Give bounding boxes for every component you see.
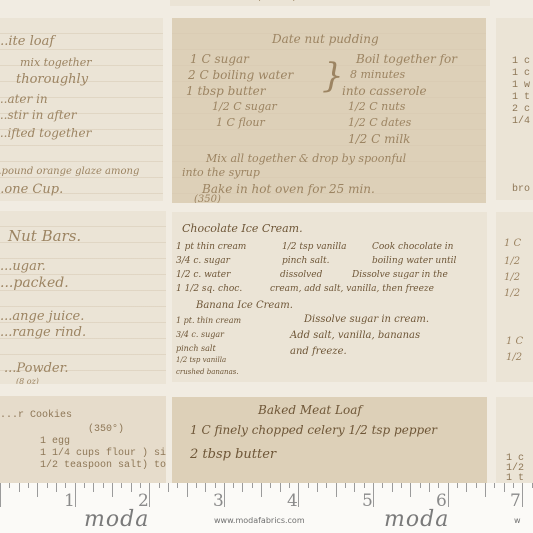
card-text: ...ater in (0, 92, 48, 106)
card-text: dissolved (280, 270, 322, 280)
ruler-number: 1 (64, 491, 75, 511)
card-text: ...one Cup. (0, 182, 63, 197)
card-text: ...Powder. (4, 361, 69, 376)
ruler-tick (93, 483, 94, 492)
ruler-number: 7 (510, 491, 521, 511)
card-text: and freeze. (290, 346, 347, 357)
ruler-number: 5 (362, 491, 373, 511)
ruler-tick (336, 483, 337, 497)
card-text: 3/4 c. sugar (176, 330, 224, 339)
card-text: mix together (20, 56, 92, 69)
card-text: 1 pt thin cream (176, 242, 246, 252)
card-text: 1 C finely chopped celery 1/2 tsp pepper (190, 423, 437, 437)
ruler-tick (270, 483, 271, 488)
card-text: 1 pt. thin cream (176, 316, 241, 325)
card-text: ...pound orange glaze among (0, 166, 139, 177)
card-text: ...ugar. (0, 259, 46, 274)
brace: } (322, 56, 344, 96)
ruler-tick (47, 483, 48, 488)
card-text: 1/2 teaspoon salt) tog. (40, 460, 166, 471)
ruler-tick (466, 483, 467, 492)
ruler-selvage: 1 2 3 4 5 6 7 moda www.modafabrics.com m… (0, 483, 533, 533)
card-text: 1 C (506, 336, 523, 347)
card-text: ...ange juice. (0, 309, 84, 324)
card-right-middle: 1 C 1/2 1/2 1/2 1 C 1/2 (496, 212, 533, 382)
card-top-left: ...ite loaf mix together thoroughly ...a… (0, 18, 163, 201)
card-text: ...ite loaf (0, 34, 54, 49)
card-nut-bars: Nut Bars. ...ugar. ...packed. ...ange ju… (0, 211, 166, 384)
card-text: 1/2 tsp vanilla (176, 356, 226, 364)
card-text: 8 minutes (350, 68, 405, 81)
ruler-tick (354, 483, 355, 492)
ruler-tick (438, 483, 439, 488)
card-top-right: 1 c 1 c 1 w 1 t 2 c 1/4 bro (496, 18, 533, 200)
ruler-tick (382, 483, 383, 488)
ruler-tick (326, 483, 327, 488)
ruler-tick (168, 483, 169, 492)
ruler-tick (177, 483, 178, 488)
ruler-number: 3 (213, 491, 224, 511)
card-text: 1 c (512, 68, 530, 79)
card-text: 1 C sugar (190, 52, 249, 66)
ruler-tick (121, 483, 122, 488)
card-text: 2 c (512, 104, 530, 115)
card-text: Dissolve sugar in cream. (304, 314, 429, 325)
ruler-tick (513, 483, 514, 488)
ruler-tick (494, 483, 495, 488)
card-text: Add salt, vanilla, bananas (290, 330, 420, 341)
card-text: bro (512, 184, 530, 195)
card-text: 1/2 (504, 288, 520, 299)
card-text: boiling water until (372, 256, 456, 266)
ruler-tick (345, 483, 346, 488)
card-text: ...packed. (0, 275, 69, 291)
card-title: Date nut pudding (272, 32, 379, 46)
card-text: 1 egg (40, 436, 70, 447)
card-text: 2 C boiling water (188, 68, 293, 82)
ruler-tick (420, 483, 421, 488)
ruler-tick (392, 483, 393, 492)
card-text: 1 c (512, 56, 530, 67)
ruler-tick (504, 483, 505, 492)
card-text: 1 C flour (216, 116, 265, 129)
card-chocolate-ice-cream: Chocolate Ice Cream. 1 pt thin cream 3/4… (172, 212, 487, 382)
ruler-tick (401, 483, 402, 488)
card-text: ...stir in after (0, 108, 76, 122)
ruler-tick (448, 483, 449, 507)
moda-url: www.modafabrics.com (214, 516, 305, 525)
card-text: 1 1/2 sq. choc. (176, 284, 242, 294)
ruler-tick (289, 483, 290, 488)
card-text: Dissolve sugar in the (352, 270, 448, 280)
card-text: 1/2 C dates (348, 116, 411, 129)
card-title: ...r Cookies (0, 410, 72, 421)
card-title: Chocolate Ice Cream. (182, 222, 303, 235)
ruler-tick (131, 483, 132, 492)
card-text: 1/2 C sugar (212, 100, 277, 113)
ruler-tick (373, 483, 374, 507)
card-text: 2 tbsp butter (190, 447, 276, 462)
card-text: cream, add salt, vanilla, then freeze (270, 284, 434, 294)
moda-url-partial: w (514, 516, 521, 525)
card-text: 1 w (512, 80, 530, 91)
ruler-tick (140, 483, 141, 488)
ruler-tick (149, 483, 150, 507)
card-text: 1/2 (504, 272, 520, 283)
ruler-tick (532, 483, 533, 488)
ruler-tick (242, 483, 243, 492)
ruler-tick (233, 483, 234, 488)
card-meat-loaf: Baked Meat Loaf 1 C finely chopped celer… (172, 397, 487, 497)
ruler-tick (280, 483, 281, 492)
ruler-tick (19, 483, 20, 492)
card-top-strip: ... mix & ... 1/2 tsp 1/2 tsp soda ... (170, 0, 490, 6)
card-text: into casserole (342, 84, 427, 98)
card-text: Mix all together & drop by spoonful (206, 152, 406, 165)
ruler-tick (476, 483, 477, 488)
moda-logo: moda (84, 507, 149, 532)
card-text: 1 1/4 cups flour ) sift (40, 448, 166, 459)
ruler-tick (56, 483, 57, 492)
card-text: (350°) (88, 424, 124, 435)
card-text: 1/2 (504, 256, 520, 267)
ruler-tick (485, 483, 486, 497)
card-text: 1/2 tsp vanilla (282, 242, 346, 252)
ruler-tick (28, 483, 29, 488)
ruler-tick (205, 483, 206, 492)
ruler-tick (364, 483, 365, 488)
card-title: Nut Bars. (8, 227, 81, 245)
card-text: Cook chocolate in (372, 242, 453, 252)
ruler-tick (103, 483, 104, 488)
ruler-tick (429, 483, 430, 492)
card-text: (350) (194, 194, 221, 203)
card-text: (8 oz) (16, 377, 39, 384)
ruler-tick (159, 483, 160, 488)
ruler-tick (252, 483, 253, 488)
ruler-tick (215, 483, 216, 488)
card-text: thoroughly (16, 72, 88, 87)
ruler-tick (317, 483, 318, 492)
ruler-tick (84, 483, 85, 488)
card-title: Banana Ice Cream. (196, 300, 293, 311)
card-text: 1/4 (512, 116, 530, 127)
ruler-tick (112, 483, 113, 497)
card-text: 1 t (512, 92, 530, 103)
ruler-tick (37, 483, 38, 497)
card-text: pinch salt (176, 344, 216, 353)
card-text: Boil together for (356, 52, 457, 66)
card-text: ... mix & ... 1/2 tsp 1/2 tsp soda ... (180, 0, 334, 2)
card-text: 1 tbsp butter (186, 84, 266, 98)
card-text: 1/2 C milk (348, 132, 410, 146)
ruler-number: 4 (287, 491, 298, 511)
ruler-tick (457, 483, 458, 488)
card-text: ...ifted together (0, 126, 91, 140)
card-text: 3/4 c. sugar (176, 256, 230, 266)
ruler-tick (65, 483, 66, 488)
card-text: crushed bananas. (176, 368, 239, 376)
ruler-tick (187, 483, 188, 497)
ruler-tick (9, 483, 10, 488)
ruler-tick (308, 483, 309, 488)
ruler-tick (298, 483, 299, 507)
fabric-swatch: ... mix & ... 1/2 tsp 1/2 tsp soda ... .… (0, 0, 533, 533)
card-cookies: ...r Cookies (350°) 1 egg 1 1/4 cups flo… (0, 396, 166, 496)
ruler-tick (75, 483, 76, 507)
card-text: ...range rind. (0, 325, 86, 340)
moda-logo: moda (384, 507, 449, 532)
card-bottom-right: 1 c 1/2 1 t (496, 397, 533, 497)
card-date-nut-pudding: Date nut pudding 1 C sugar 2 C boiling w… (172, 18, 486, 203)
ruler-tick (261, 483, 262, 497)
card-text: 1/2 C nuts (348, 100, 405, 113)
ruler-tick (0, 483, 1, 507)
card-text: Bake in hot oven for 25 min. (202, 182, 375, 196)
ruler-tick (410, 483, 411, 497)
ruler-tick (196, 483, 197, 488)
ruler-tick (224, 483, 225, 507)
card-text: 1 C (504, 238, 521, 249)
ruler-tick (522, 483, 523, 507)
card-text: pinch salt. (282, 256, 329, 266)
card-title: Baked Meat Loaf (258, 403, 362, 417)
card-text: 1/2 c. water (176, 270, 230, 280)
card-text: into the syrup (182, 166, 260, 179)
card-text: 1/2 (506, 352, 522, 363)
